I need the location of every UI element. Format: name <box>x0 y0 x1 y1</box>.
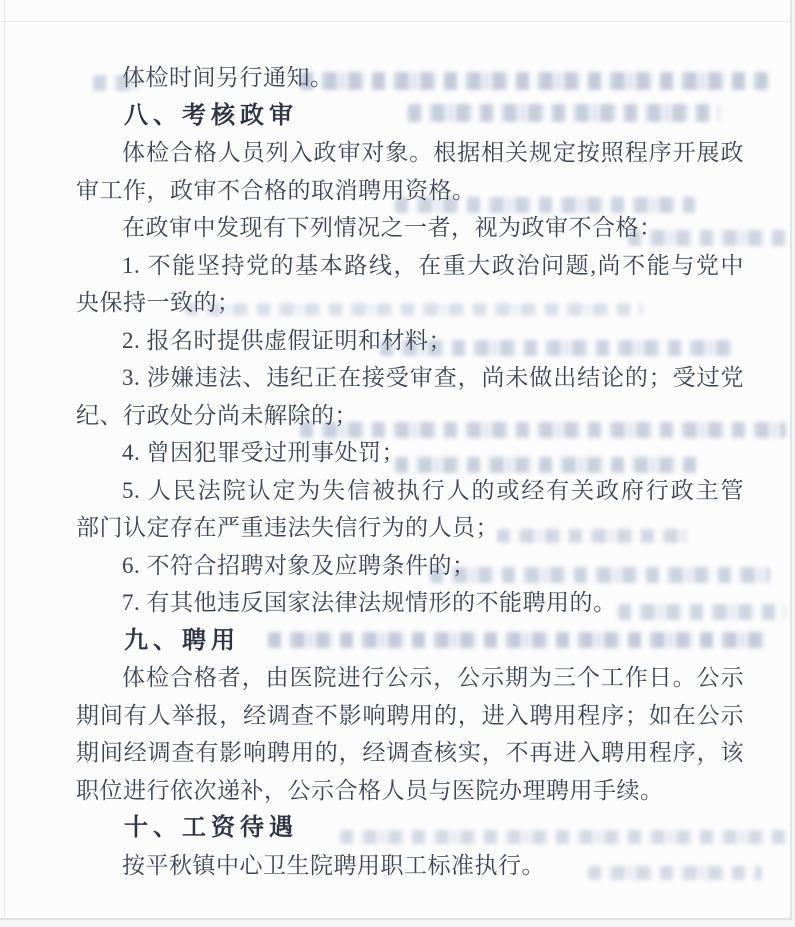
body-text-line: 期间有人举报，经调查不影响聘用的，进入聘用程序；如在公示 <box>76 697 744 735</box>
body-text-line: 纪、行政处分尚未解除的； <box>76 397 744 435</box>
body-text-line: 4. 曾因犯罪受过刑事处罚； <box>76 434 744 472</box>
section-heading: 十、工资待遇 <box>76 809 744 847</box>
body-text-line: 6. 不符合招聘对象及应聘条件的； <box>76 547 744 585</box>
body-text-line: 央保持一致的； <box>76 284 744 322</box>
body-text-line: 体检合格者，由医院进行公示，公示期为三个工作日。公示 <box>76 659 744 697</box>
body-text-line: 5. 人民法院认定为失信被执行人的或经有关政府行政主管 <box>76 472 744 510</box>
body-text-line: 在政审中发现有下列情况之一者，视为政审不合格： <box>76 209 744 247</box>
body-text-line: 体检合格人员列入政审对象。根据相关规定按照程序开展政 <box>76 134 744 172</box>
document-page: 体检时间另行通知。八、考核政审体检合格人员列入政审对象。根据相关规定按照程序开展… <box>0 0 795 927</box>
body-text-line: 期间经调查有影响聘用的，经调查核实，不再进入聘用程序，该 <box>76 734 744 772</box>
body-text-line: 部门认定存在严重违法失信行为的人员； <box>76 509 744 547</box>
body-text-line: 1. 不能坚持党的基本路线，在重大政治问题,尚不能与党中 <box>76 247 744 285</box>
document-text-block: 体检时间另行通知。八、考核政审体检合格人员列入政审对象。根据相关规定按照程序开展… <box>76 59 744 884</box>
scan-edge-top <box>0 21 795 22</box>
body-text-line: 3. 涉嫌违法、违纪正在接受审查，尚未做出结论的；受过党 <box>76 359 744 397</box>
section-heading: 九、聘用 <box>76 622 744 660</box>
scan-margin-bottom-band <box>0 920 795 927</box>
body-text-line: 体检时间另行通知。 <box>76 59 744 97</box>
body-text-line: 2. 报名时提供虚假证明和材料； <box>76 322 744 360</box>
body-text-line: 7. 有其他违反国家法律法规情形的不能聘用的。 <box>76 584 744 622</box>
body-text-line: 职位进行依次递补，公示合格人员与医院办理聘用手续。 <box>76 772 744 810</box>
scan-edge-left <box>4 0 5 927</box>
body-text-line: 审工作，政审不合格的取消聘用资格。 <box>76 172 744 210</box>
section-heading: 八、考核政审 <box>76 97 744 135</box>
body-text-line: 按平秋镇中心卫生院聘用职工标准执行。 <box>76 847 744 885</box>
